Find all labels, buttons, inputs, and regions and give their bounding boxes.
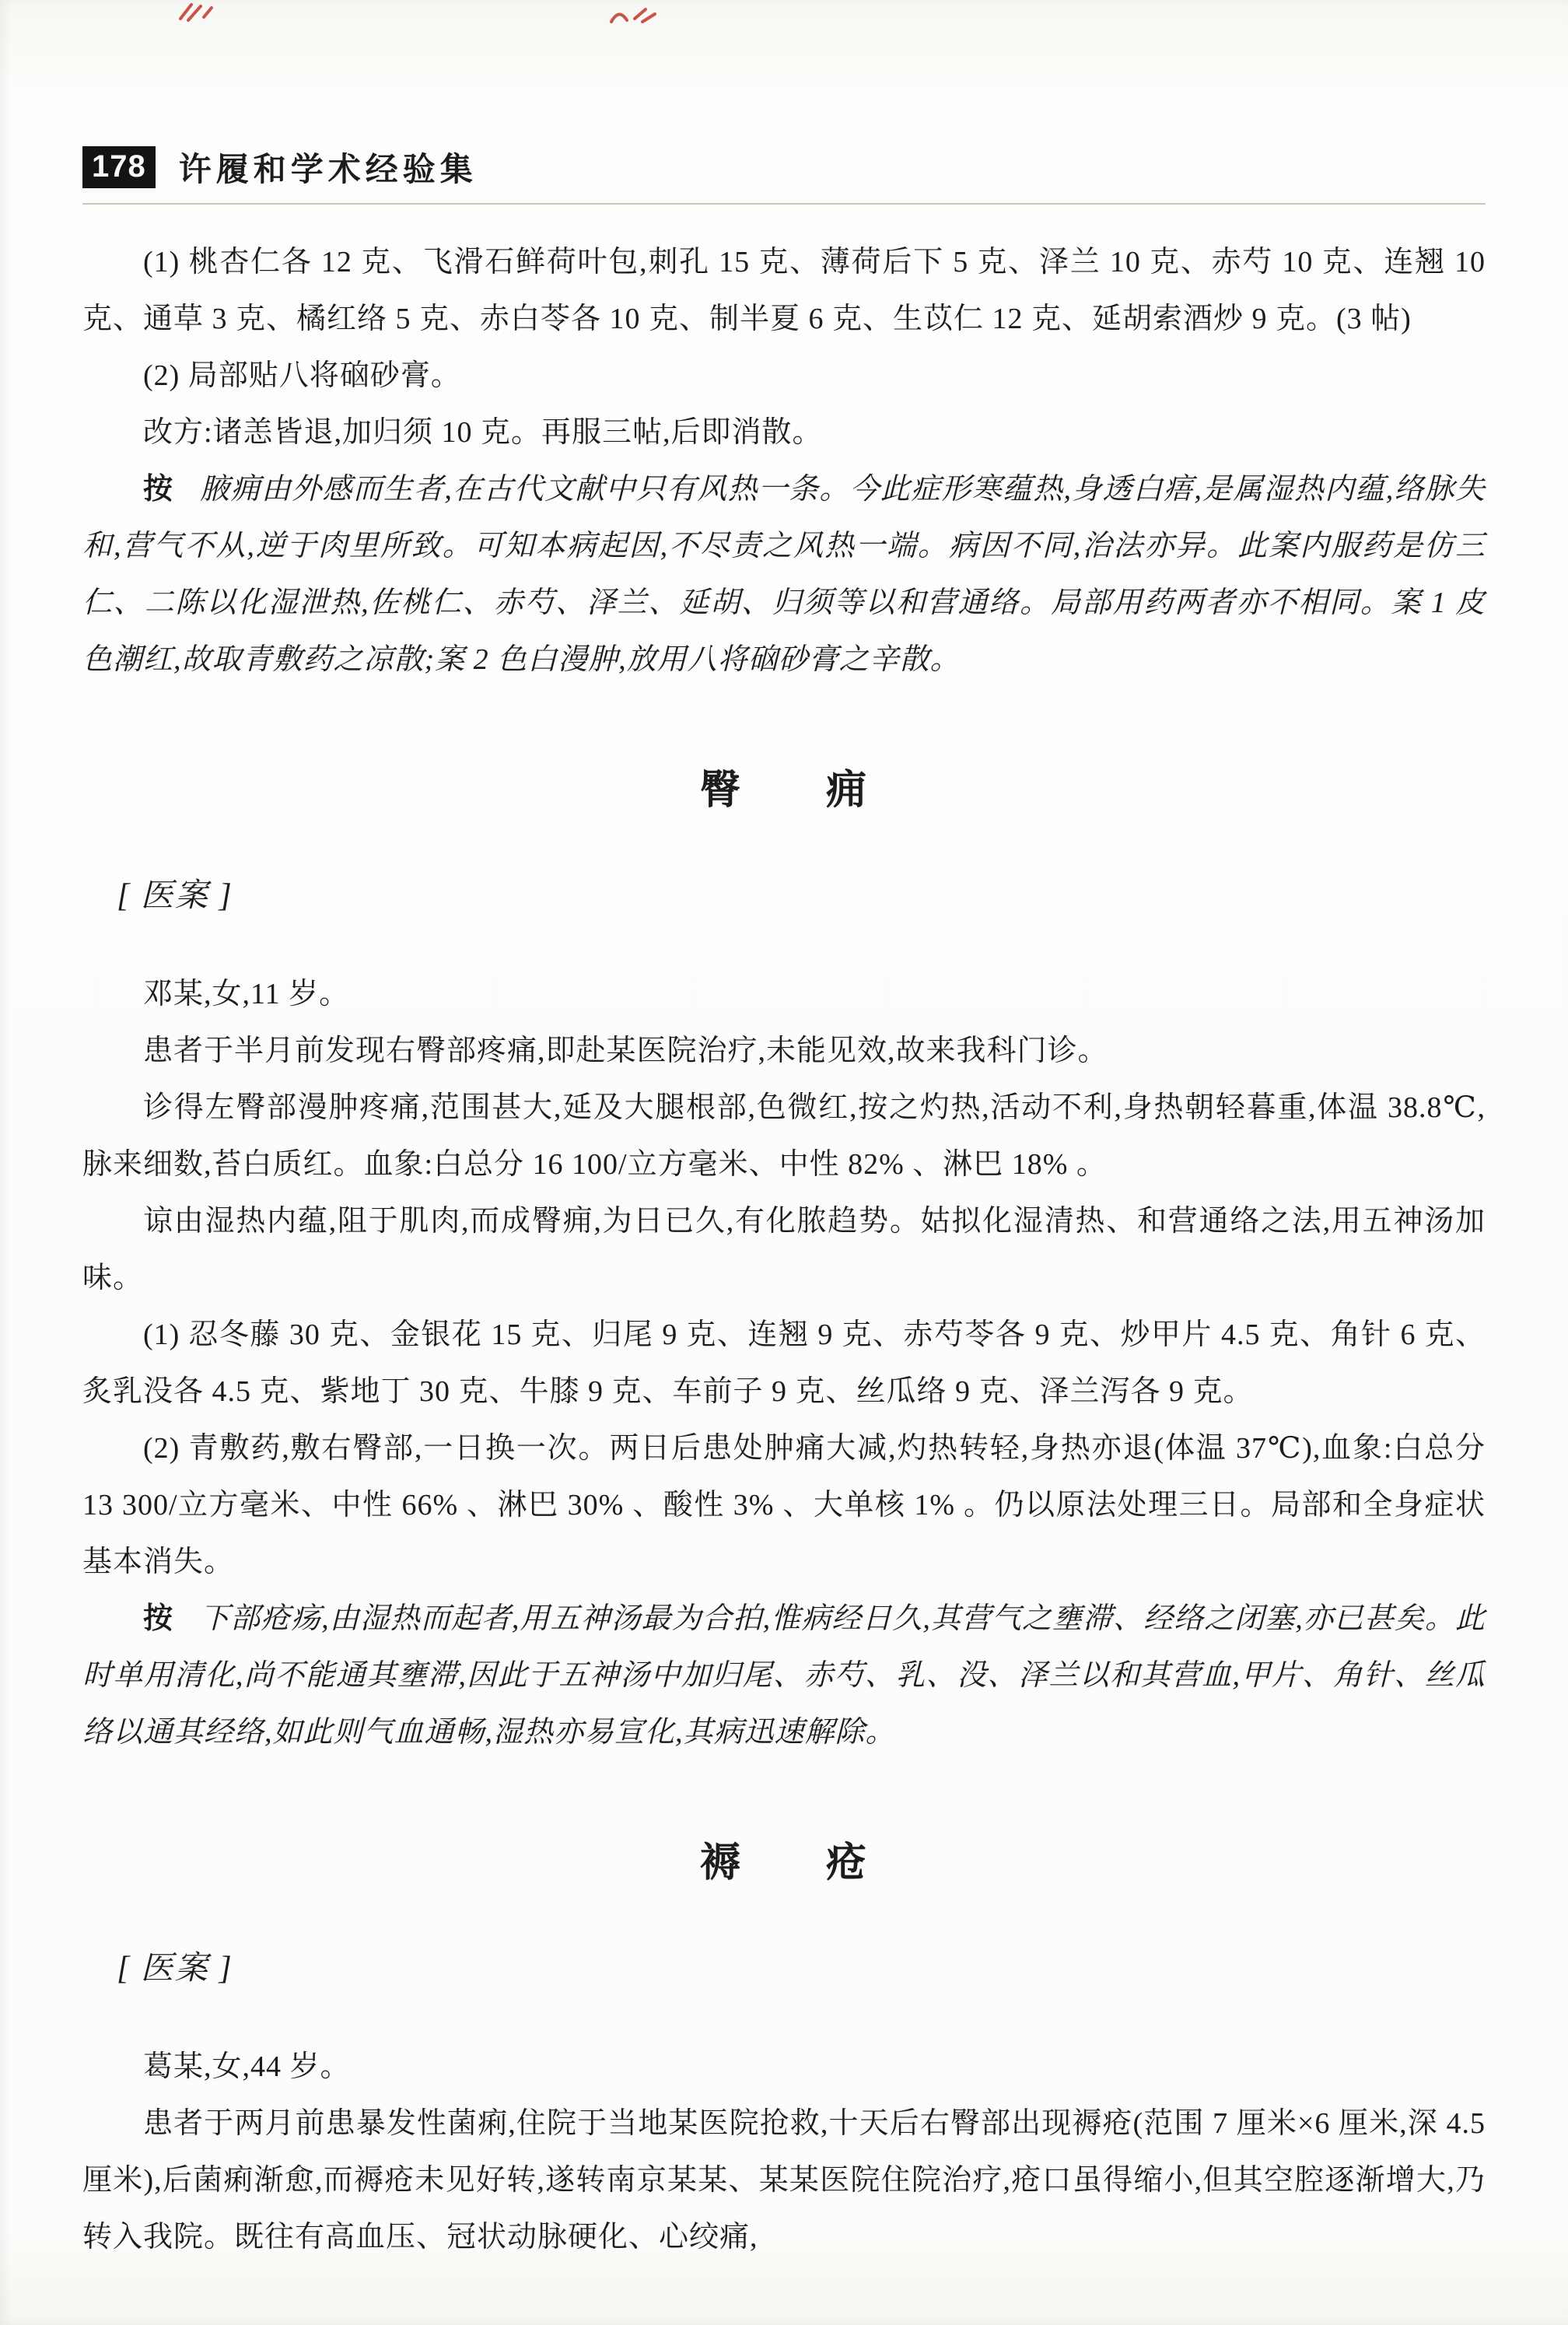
commentary-text: 腋痈由外感而生者,在古代文献中只有风热一条。今此症形寒蕴热,身透白痦,是属湿热内… — [82, 473, 1486, 676]
page-header: 178 许履和学术经验集 — [82, 144, 1486, 205]
scanned-book-page: { "page": { "number": "178", "book_title… — [0, 0, 1568, 2325]
paragraph: 诊得左臀部漫肿疼痛,范围甚大,延及大腿根部,色微红,按之灼热,活动不利,身热朝轻… — [82, 1080, 1486, 1193]
case-record-label: [ 医案 ] — [117, 1942, 1486, 1989]
paragraph: 邓某,女,11 岁。 — [82, 966, 1486, 1023]
red-ink-scribble-icon — [608, 6, 663, 30]
paragraph: 谅由湿热内蕴,阻于肌肉,而成臀痈,为日已久,有化脓趋势。姑拟化湿清热、和营通络之… — [82, 1193, 1486, 1307]
case-record-label: [ 医案 ] — [117, 870, 1486, 916]
commentary-text: 下部疮疡,由湿热而起者,用五神汤最为合拍,惟病经日久,其营气之壅滞、经络之闭塞,… — [82, 1602, 1486, 1749]
paragraph: 患者于半月前发现右臀部疼痛,即赴某医院治疗,未能见效,故来我科门诊。 — [82, 1023, 1486, 1080]
commentary-paragraph: 按下部疮疡,由湿热而起者,用五神汤最为合拍,惟病经日久,其营气之壅滞、经络之闭塞… — [82, 1591, 1486, 1761]
paragraph: (1) 忍冬藤 30 克、金银花 15 克、归尾 9 克、连翘 9 克、赤芍苓各… — [82, 1307, 1486, 1420]
book-title: 许履和学术经验集 — [179, 144, 478, 191]
section-heading: 褥 疮 — [82, 1830, 1486, 1888]
red-ink-scribble-icon — [177, 2, 224, 25]
paragraph: (2) 局部贴八将硇砂膏。 — [82, 348, 1486, 404]
page-content: (1) 桃杏仁各 12 克、飞滑石鲜荷叶包,刺孔 15 克、薄荷后下 5 克、泽… — [82, 234, 1486, 2266]
paragraph: (1) 桃杏仁各 12 克、飞滑石鲜荷叶包,刺孔 15 克、薄荷后下 5 克、泽… — [82, 234, 1486, 348]
paragraph: 葛某,女,44 岁。 — [82, 2039, 1486, 2096]
section-heading: 臀 痈 — [82, 757, 1486, 815]
paragraph: (2) 青敷药,敷右臀部,一日换一次。两日后患处肿痛大减,灼热转轻,身热亦退(体… — [82, 1420, 1486, 1591]
page-number-badge: 178 — [82, 146, 156, 188]
commentary-label: 按 — [143, 1602, 173, 1635]
paragraph: 改方:诸恙皆退,加归须 10 克。再服三帖,后即消散。 — [82, 404, 1486, 461]
paragraph: 患者于两月前患暴发性菌痢,住院于当地某医院抢救,十天后右臀部出现褥疮(范围 7 … — [82, 2096, 1486, 2266]
commentary-paragraph: 按腋痈由外感而生者,在古代文献中只有风热一条。今此症形寒蕴热,身透白痦,是属湿热… — [82, 461, 1486, 688]
commentary-label: 按 — [143, 473, 173, 506]
